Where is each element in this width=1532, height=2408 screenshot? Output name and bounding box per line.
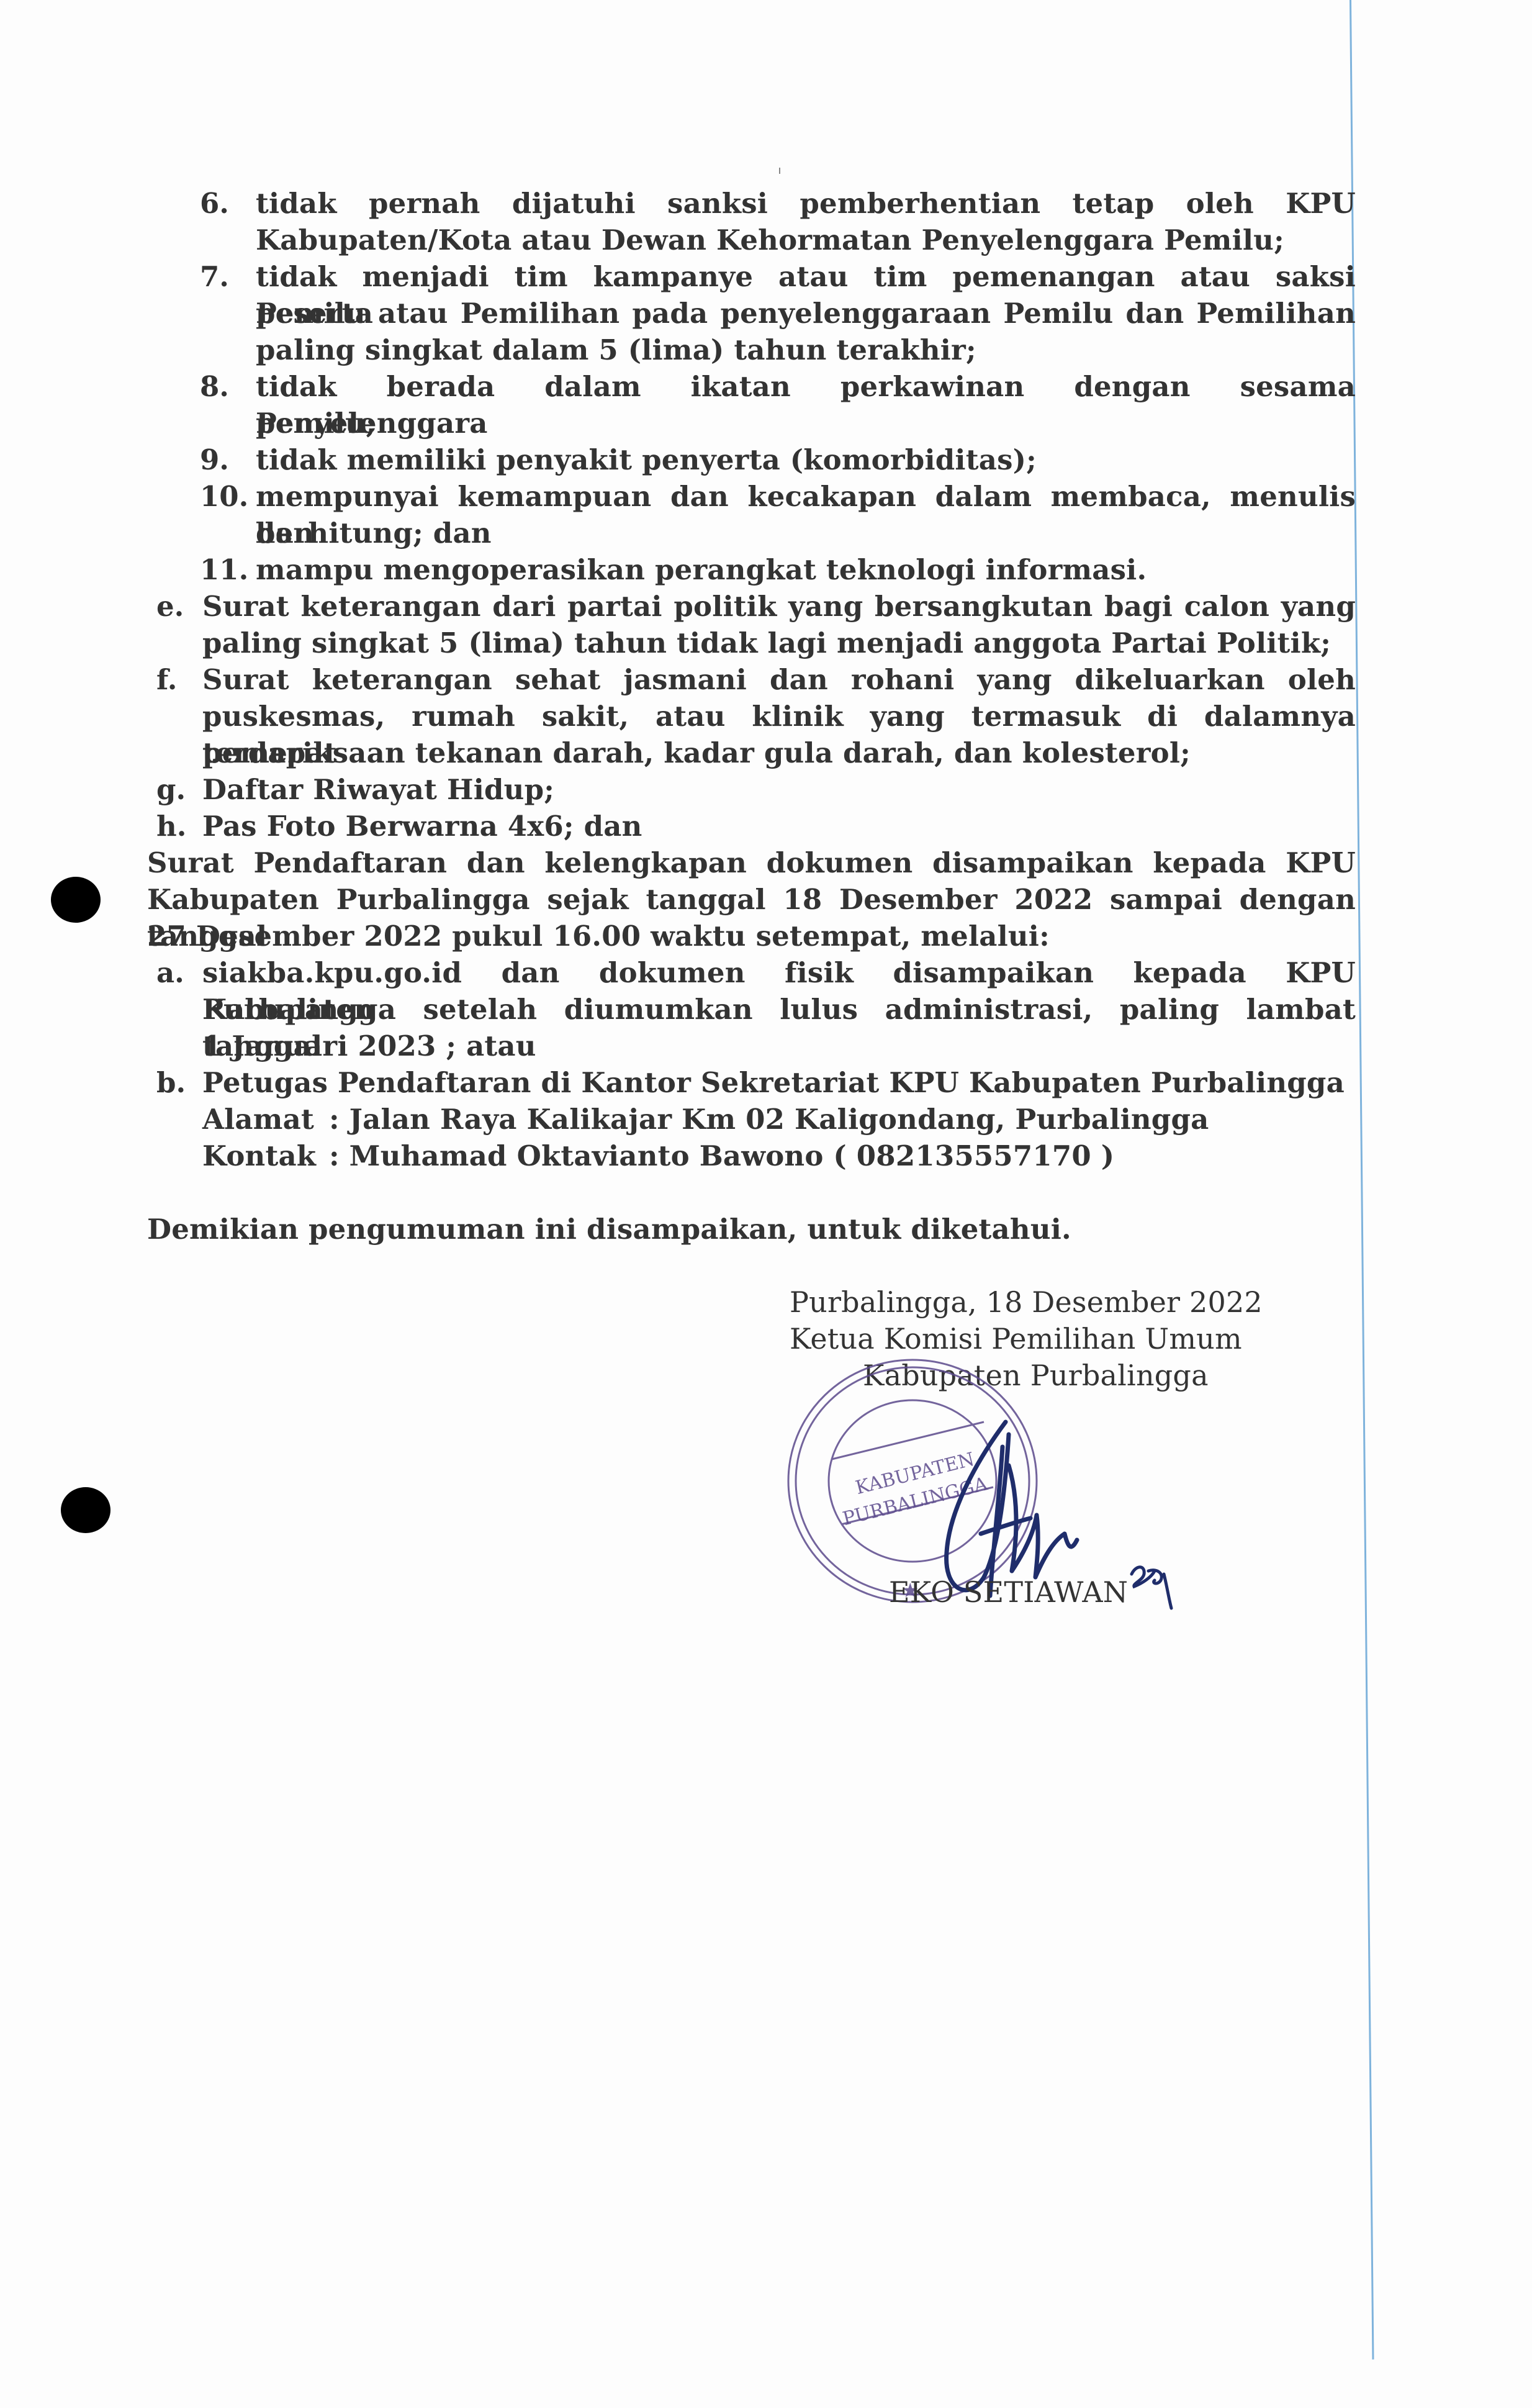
- list-item-line: 1 Januari 2023 ; atau: [202, 1028, 536, 1064]
- scan-speck: [779, 168, 780, 174]
- list-item-line: Pas Foto Berwarna 4x6; dan: [202, 808, 642, 844]
- punch-hole-bottom: [61, 1487, 110, 1533]
- contact-value: : Muhamad Oktavianto Bawono ( 0821355571…: [329, 1138, 1114, 1174]
- list-item-line: Daftar Riwayat Hidup;: [202, 771, 554, 808]
- list-marker: f.: [156, 661, 177, 698]
- list-item-line: paling singkat 5 (lima) tahun tidak lagi…: [202, 625, 1331, 661]
- signatory-title-line1: Ketua Komisi Pemilihan Umum: [790, 1321, 1242, 1357]
- list-marker: 10.: [200, 478, 248, 515]
- list-marker: 11.: [200, 551, 248, 588]
- signatory-name: EKO SETIAWAN: [889, 1574, 1128, 1611]
- document-page: 6. tidak pernah dijatuhi sanksi pemberhe…: [0, 0, 1532, 2408]
- initial-paraf-icon: [1127, 1555, 1176, 1611]
- closing-sentence: Demikian pengumuman ini disampaikan, unt…: [147, 1211, 1071, 1247]
- list-item-line: tidak pernah dijatuhi sanksi pemberhenti…: [256, 185, 1356, 222]
- paragraph-line: Surat Pendaftaran dan kelengkapan dokume…: [147, 844, 1356, 881]
- list-item-line: tidak memiliki penyakit penyerta (komorb…: [256, 441, 1037, 478]
- punch-hole-top: [51, 877, 101, 923]
- list-item-line: berhitung; dan: [256, 515, 492, 551]
- page-edge-line: [1350, 0, 1374, 2360]
- list-marker: h.: [156, 808, 186, 844]
- list-marker: 8.: [200, 368, 229, 405]
- list-item-line: Pemilu;: [256, 405, 376, 441]
- address-value: : Jalan Raya Kalikajar Km 02 Kaligondang…: [329, 1101, 1209, 1138]
- list-item-line: Surat keterangan dari partai politik yan…: [202, 588, 1356, 625]
- list-marker: e.: [156, 588, 184, 625]
- list-marker: b.: [156, 1064, 186, 1101]
- list-item-line: Surat keterangan sehat jasmani dan rohan…: [202, 661, 1356, 698]
- list-marker: 6.: [200, 185, 229, 222]
- list-marker: a.: [156, 954, 184, 991]
- place-date: Purbalingga, 18 Desember 2022: [790, 1284, 1263, 1321]
- list-item-line: tidak berada dalam ikatan perkawinan den…: [256, 368, 1356, 441]
- list-item-line: mampu mengoperasikan perangkat teknologi…: [256, 551, 1147, 588]
- list-item-line: Kabupaten/Kota atau Dewan Kehormatan Pen…: [256, 222, 1284, 258]
- list-marker: 7.: [200, 258, 229, 295]
- list-item-line: Pemilu atau Pemilihan pada penyelenggara…: [256, 295, 1356, 332]
- paragraph-line: 27 Desember 2022 pukul 16.00 waktu setem…: [147, 918, 1050, 954]
- address-label: Alamat: [202, 1101, 314, 1138]
- list-item-line: pemeriksaan tekanan darah, kadar gula da…: [202, 735, 1191, 771]
- list-item-line: Petugas Pendaftaran di Kantor Sekretaria…: [202, 1064, 1345, 1101]
- list-marker: 9.: [200, 441, 229, 478]
- list-marker: g.: [156, 771, 186, 808]
- list-item-line: paling singkat dalam 5 (lima) tahun tera…: [256, 332, 976, 368]
- contact-label: Kontak: [202, 1138, 316, 1174]
